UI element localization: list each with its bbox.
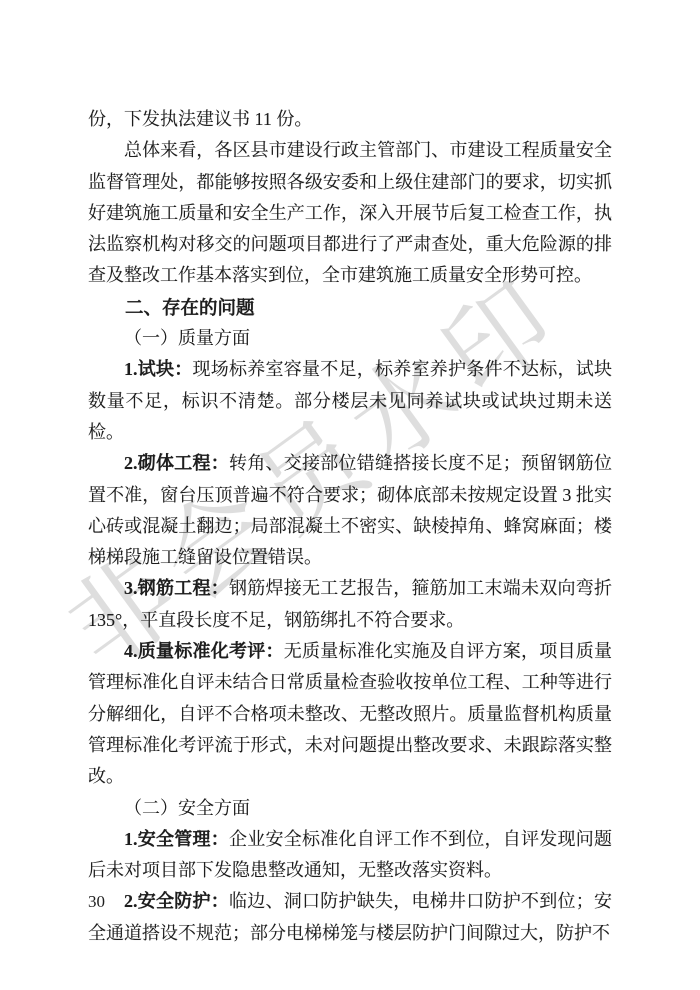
subheading-quality: （一）质量方面 (88, 323, 612, 354)
quality-item-standardization: 4.质量标准化考评：无质量标准化实施及自评方案，项目质量管理标准化自评未结合日常… (88, 636, 612, 792)
page-number: 30 (88, 893, 105, 911)
quality-item-test-blocks: 1.试块：现场标养室容量不足，标养室养护条件不达标，试块数量不足，标识不清楚。部… (88, 354, 612, 448)
safety-item-label: 1.安全管理： (124, 829, 229, 849)
safety-item-label: 2.安全防护： (124, 891, 229, 911)
safety-item-management: 1.安全管理：企业安全标准化自评工作不到位，自评发现问题后未对项目部下发隐患整改… (88, 824, 612, 887)
quality-item-label: 3.钢筋工程： (124, 578, 229, 598)
continuation-paragraph: 份，下发执法建议书 11 份。 (88, 104, 612, 135)
quality-item-masonry: 2.砌体工程：转角、交接部位错缝搭接长度不足；预留钢筋位置不准，窗台压顶普遍不符… (88, 448, 612, 573)
subheading-safety: （二）安全方面 (88, 793, 612, 824)
summary-paragraph: 总体来看，各区县市建设行政主管部门、市建设工程质量安全监督管理处，都能够按照各级… (88, 135, 612, 291)
quality-item-label: 1.试块： (124, 359, 193, 379)
page-content: 份，下发执法建议书 11 份。 总体来看，各区县市建设行政主管部门、市建设工程质… (88, 104, 612, 949)
quality-item-rebar: 3.钢筋工程：钢筋焊接无工艺报告，箍筋加工末端未双向弯折135°，平直段长度不足… (88, 573, 612, 636)
document-page: 非会员水印 份，下发执法建议书 11 份。 总体来看，各区县市建设行政主管部门、… (0, 0, 700, 990)
quality-item-label: 4.质量标准化考评： (124, 641, 284, 661)
section-heading-problems: 二、存在的问题 (88, 292, 612, 323)
quality-item-label: 2.砌体工程： (124, 453, 229, 473)
quality-item-text: 无质量标准化实施及自评方案，项目质量管理标准化自评未结合日常质量检查验收按单位工… (88, 641, 612, 786)
safety-item-protection: 2.安全防护：临边、洞口防护缺失，电梯井口防护不到位；安全通道搭设不规范；部分电… (88, 886, 612, 949)
